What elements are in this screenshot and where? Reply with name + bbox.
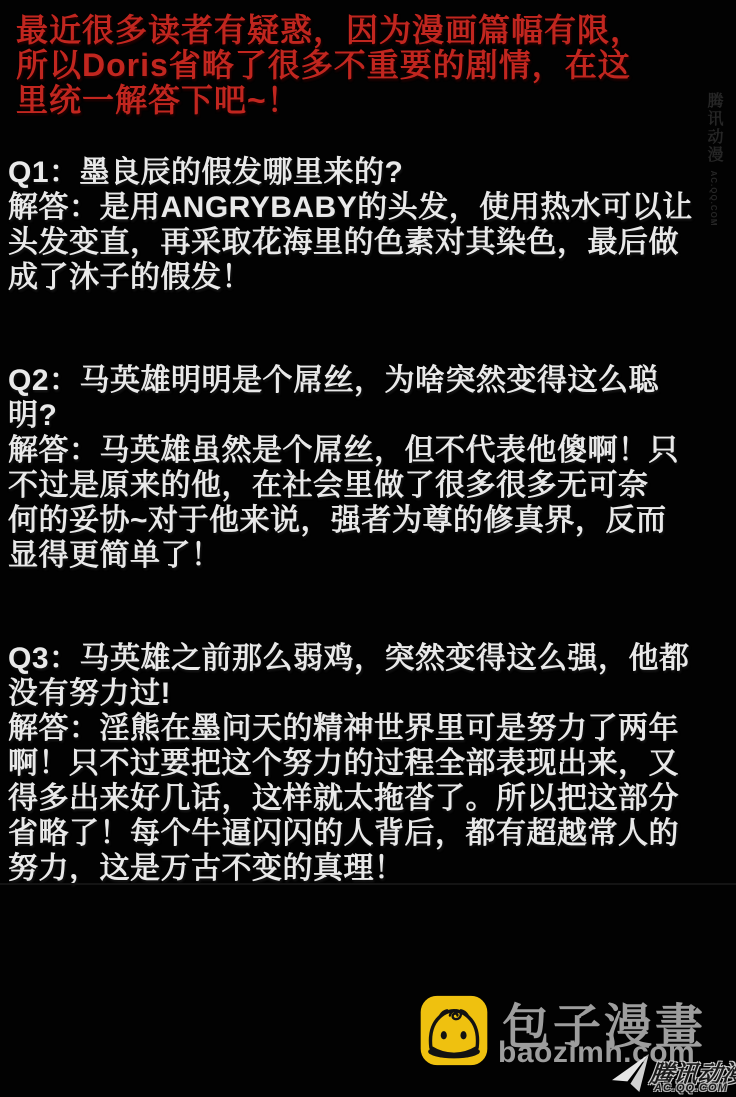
answer-line: 解答：是用ANGRYBABY的头发，使用热水可以让 [8, 190, 730, 225]
question-line: Q3：马英雄之前那么弱鸡，突然变得这么强，他都 [8, 641, 730, 676]
answer-line: 何的妥协~对于他来说，强者为尊的修真界，反而 [8, 503, 730, 538]
notice-line: 里统一解答下吧~！ [16, 83, 720, 118]
answer-line: 不过是原来的他，在社会里做了很多很多无可奈 [8, 468, 730, 503]
qa-block-q2: Q2：马英雄明明是个屌丝，为啥突然变得这么聪 明? 解答：马英雄虽然是个屌丝，但… [8, 363, 730, 573]
question-line: 没有努力过! [8, 676, 730, 711]
answer-line: 成了沐子的假发！ [8, 260, 730, 295]
answer-line: 努力，这是万古不变的真理！ [8, 851, 730, 886]
question-line: 明? [8, 398, 730, 433]
qa-block-q1: Q1：墨良辰的假发哪里来的? 解答：是用ANGRYBABY的头发，使用热水可以让… [8, 155, 730, 295]
answer-line: 省略了！每个牛逼闪闪的人背后，都有超越常人的 [8, 816, 730, 851]
tencent-watermark-faint: 腾讯动漫 AC.QQ.COM [702, 92, 725, 227]
notice-line: 最近很多读者有疑惑，因为漫画篇幅有限， [16, 13, 720, 48]
tencent-url: AC.QQ.COM [654, 1082, 728, 1094]
answer-line: 解答：淫熊在墨问天的精神世界里可是努力了两年 [8, 711, 730, 746]
answer-line: 啊！只不过要把这个努力的过程全部表现出来，又 [8, 746, 730, 781]
author-notice: 最近很多读者有疑惑，因为漫画篇幅有限， 所以Doris省略了很多不重要的剧情，在… [16, 13, 720, 118]
tencent-name-faint: 腾讯动漫 [705, 92, 722, 164]
question-line: Q2：马英雄明明是个屌丝，为啥突然变得这么聪 [8, 363, 730, 398]
panel-seam [0, 883, 736, 885]
answer-line: 解答：马英雄虽然是个屌丝，但不代表他傻啊！只 [8, 433, 730, 468]
answer-line: 显得更简单了！ [8, 538, 730, 573]
notice-line: 所以Doris省略了很多不重要的剧情，在这 [16, 48, 720, 83]
tencent-url-faint: AC.QQ.COM [709, 170, 718, 226]
answer-line: 头发变直，再采取花海里的色素对其染色，最后做 [8, 225, 730, 260]
answer-line: 得多出来好几话，这样就太拖沓了。所以把这部分 [8, 781, 730, 816]
baozi-bun-icon [420, 993, 488, 1068]
paper-plane-icon [612, 1054, 650, 1092]
question-line: Q1：墨良辰的假发哪里来的? [8, 155, 730, 190]
comic-page: 最近很多读者有疑惑，因为漫画篇幅有限， 所以Doris省略了很多不重要的剧情，在… [0, 0, 736, 1097]
qa-block-q3: Q3：马英雄之前那么弱鸡，突然变得这么强，他都 没有努力过! 解答：淫熊在墨问天… [8, 641, 730, 886]
tencent-watermark: 腾讯动漫 AC.QQ.COM [612, 1052, 736, 1097]
